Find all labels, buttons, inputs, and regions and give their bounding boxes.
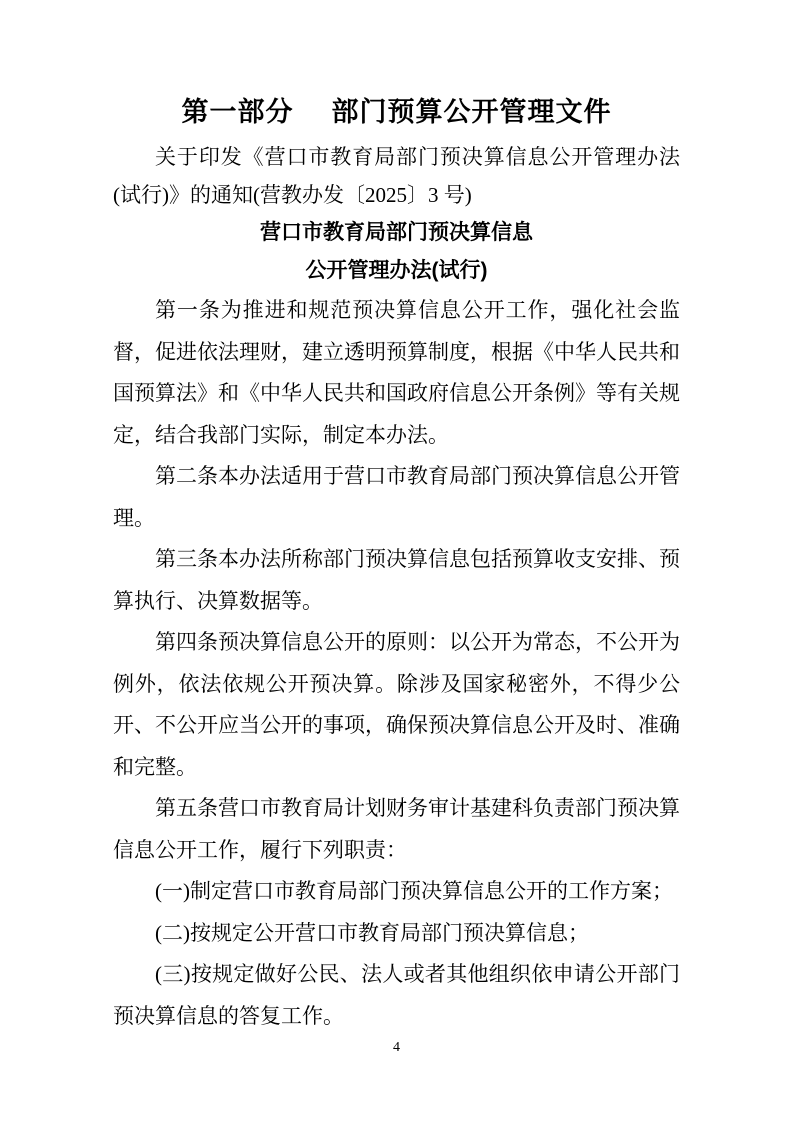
page-content: 第一部分 部门预算公开管理文件 关于印发《营口市教育局部门预决算信息公开管理办法… — [113, 96, 680, 1037]
part-heading: 第一部分 部门预算公开管理文件 — [113, 96, 680, 128]
part-heading-label: 第一部分 — [182, 96, 294, 128]
part-heading-title: 部门预算公开管理文件 — [332, 96, 612, 128]
paragraph-duty-item-2: (二)按规定公开营口市教育局部门预决算信息； — [113, 913, 680, 955]
paragraph-duty-item-1: (一)制定营口市教育局部门预决算信息公开的工作方案； — [113, 871, 680, 913]
document-body: 第一条为推进和规范预决算信息公开工作，强化社会监督，促进依法理财，建立透明预算制… — [113, 290, 680, 1037]
paragraph-article-4: 第四条预决算信息公开的原则：以公开为常态，不公开为例外，依法依规公开预决算。除涉… — [113, 622, 680, 788]
paragraph-article-1: 第一条为推进和规范预决算信息公开工作，强化社会监督，促进依法理财，建立透明预算制… — [113, 290, 680, 456]
page-number: 4 — [0, 1040, 793, 1056]
paragraph-article-5: 第五条营口市教育局计划财务审计基建科负责部门预决算信息公开工作，履行下列职责： — [113, 788, 680, 871]
document-page: 第一部分 部门预算公开管理文件 关于印发《营口市教育局部门预决算信息公开管理办法… — [0, 0, 793, 1122]
notice-paragraph: 关于印发《营口市教育局部门预决算信息公开管理办法(试行)》的通知(营教办发〔20… — [113, 138, 680, 214]
paragraph-duty-item-3: (三)按规定做好公民、法人或者其他组织依申请公开部门预决算信息的答复工作。 — [113, 954, 680, 1037]
doc-title-line2: 公开管理办法(试行) — [113, 252, 680, 290]
paragraph-article-3: 第三条本办法所称部门预决算信息包括预算收支安排、预算执行、决算数据等。 — [113, 539, 680, 622]
doc-title-line1: 营口市教育局部门预决算信息 — [113, 214, 680, 252]
paragraph-article-2: 第二条本办法适用于营口市教育局部门预决算信息公开管理。 — [113, 456, 680, 539]
